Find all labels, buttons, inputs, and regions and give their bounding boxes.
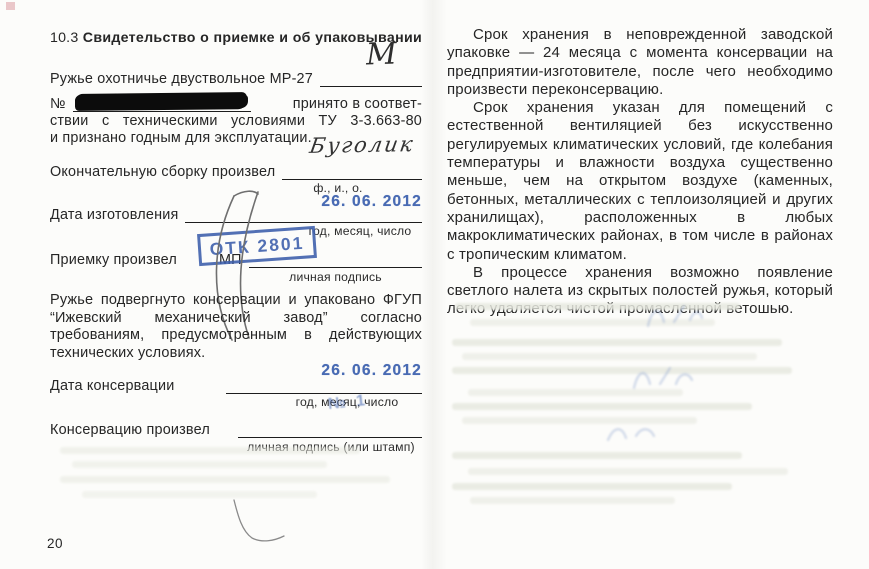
page-number: 20: [47, 536, 63, 551]
ghost-text-artifact: [60, 476, 390, 483]
ghost-ink-artifact: [600, 418, 670, 448]
assembly-label: Окончательную сборку произвел: [50, 164, 275, 180]
conservation-date-stamp: 26. 06. 2012: [280, 362, 422, 380]
serial-redaction-blob: [75, 92, 247, 111]
acceptance-label: Приемку произвел: [50, 252, 177, 268]
page-gutter-shading: [421, 0, 447, 569]
ghost-text-artifact: [462, 353, 757, 360]
ghost-text-artifact: [452, 403, 752, 410]
conservation-date-label: Дата консервации: [50, 378, 174, 394]
ghost-text-artifact: [452, 367, 792, 374]
field-conservation-by: Консервацию произвел: [50, 416, 422, 438]
ghost-text-artifact: [60, 447, 360, 454]
accepted-text-2: ствии с техническими условиями ТУ 3-3.66…: [50, 113, 422, 129]
ghost-text-artifact: [452, 483, 732, 490]
assembly-line: Буголик: [282, 157, 422, 180]
conservation-by-line: [238, 415, 422, 438]
ghost-text-artifact: [82, 491, 317, 498]
storage-paragraph-1: Срок хранения в неповрежденной заводской…: [447, 26, 833, 99]
mfg-date-label: Дата изготовления: [50, 207, 178, 223]
section-number: 10.3: [50, 30, 78, 46]
ghost-text-artifact: [468, 468, 788, 475]
handwritten-assembler-name: Буголик: [308, 132, 416, 158]
ghost-text-artifact: [452, 339, 782, 346]
pen-mark-artifact: [222, 496, 302, 551]
rifle-model-line: М: [320, 63, 422, 87]
field-assembly: Окончательную сборку произвел Буголик: [50, 158, 422, 180]
conservation-by-label: Консервацию произвел: [50, 422, 210, 438]
field-rifle-model: Ружье охотничье двуствольное МР-27 М: [50, 64, 422, 87]
right-column-text: Срок хранения в неповрежденной заводской…: [447, 26, 833, 319]
ghost-text-artifact: [72, 461, 327, 468]
rifle-label: Ружье охотничье двуствольное МР-27: [50, 71, 313, 87]
conservation-paragraph: Ружье подвергнуто консервации и упакован…: [50, 292, 422, 362]
storage-paragraph-2: Срок хранения указан для помещений с ест…: [447, 99, 833, 264]
ghost-ink-artifact: [628, 360, 703, 394]
serial-line: [73, 89, 251, 112]
ghost-ink-artifact: [640, 300, 710, 332]
handwritten-model: М: [365, 36, 397, 72]
corner-artifact: [6, 2, 15, 10]
accepted-text-1: принято в соответ-: [293, 96, 422, 112]
ghost-text-artifact: [452, 452, 742, 459]
serial-label: №: [50, 96, 66, 112]
conservation-number-stamp: № 1: [327, 392, 369, 414]
ghost-text-artifact: [470, 497, 675, 504]
scanned-passport-page: 10.3 Свидетельство о приемке и об упаков…: [0, 0, 869, 569]
field-serial-number: № принято в соответ-: [50, 90, 422, 112]
